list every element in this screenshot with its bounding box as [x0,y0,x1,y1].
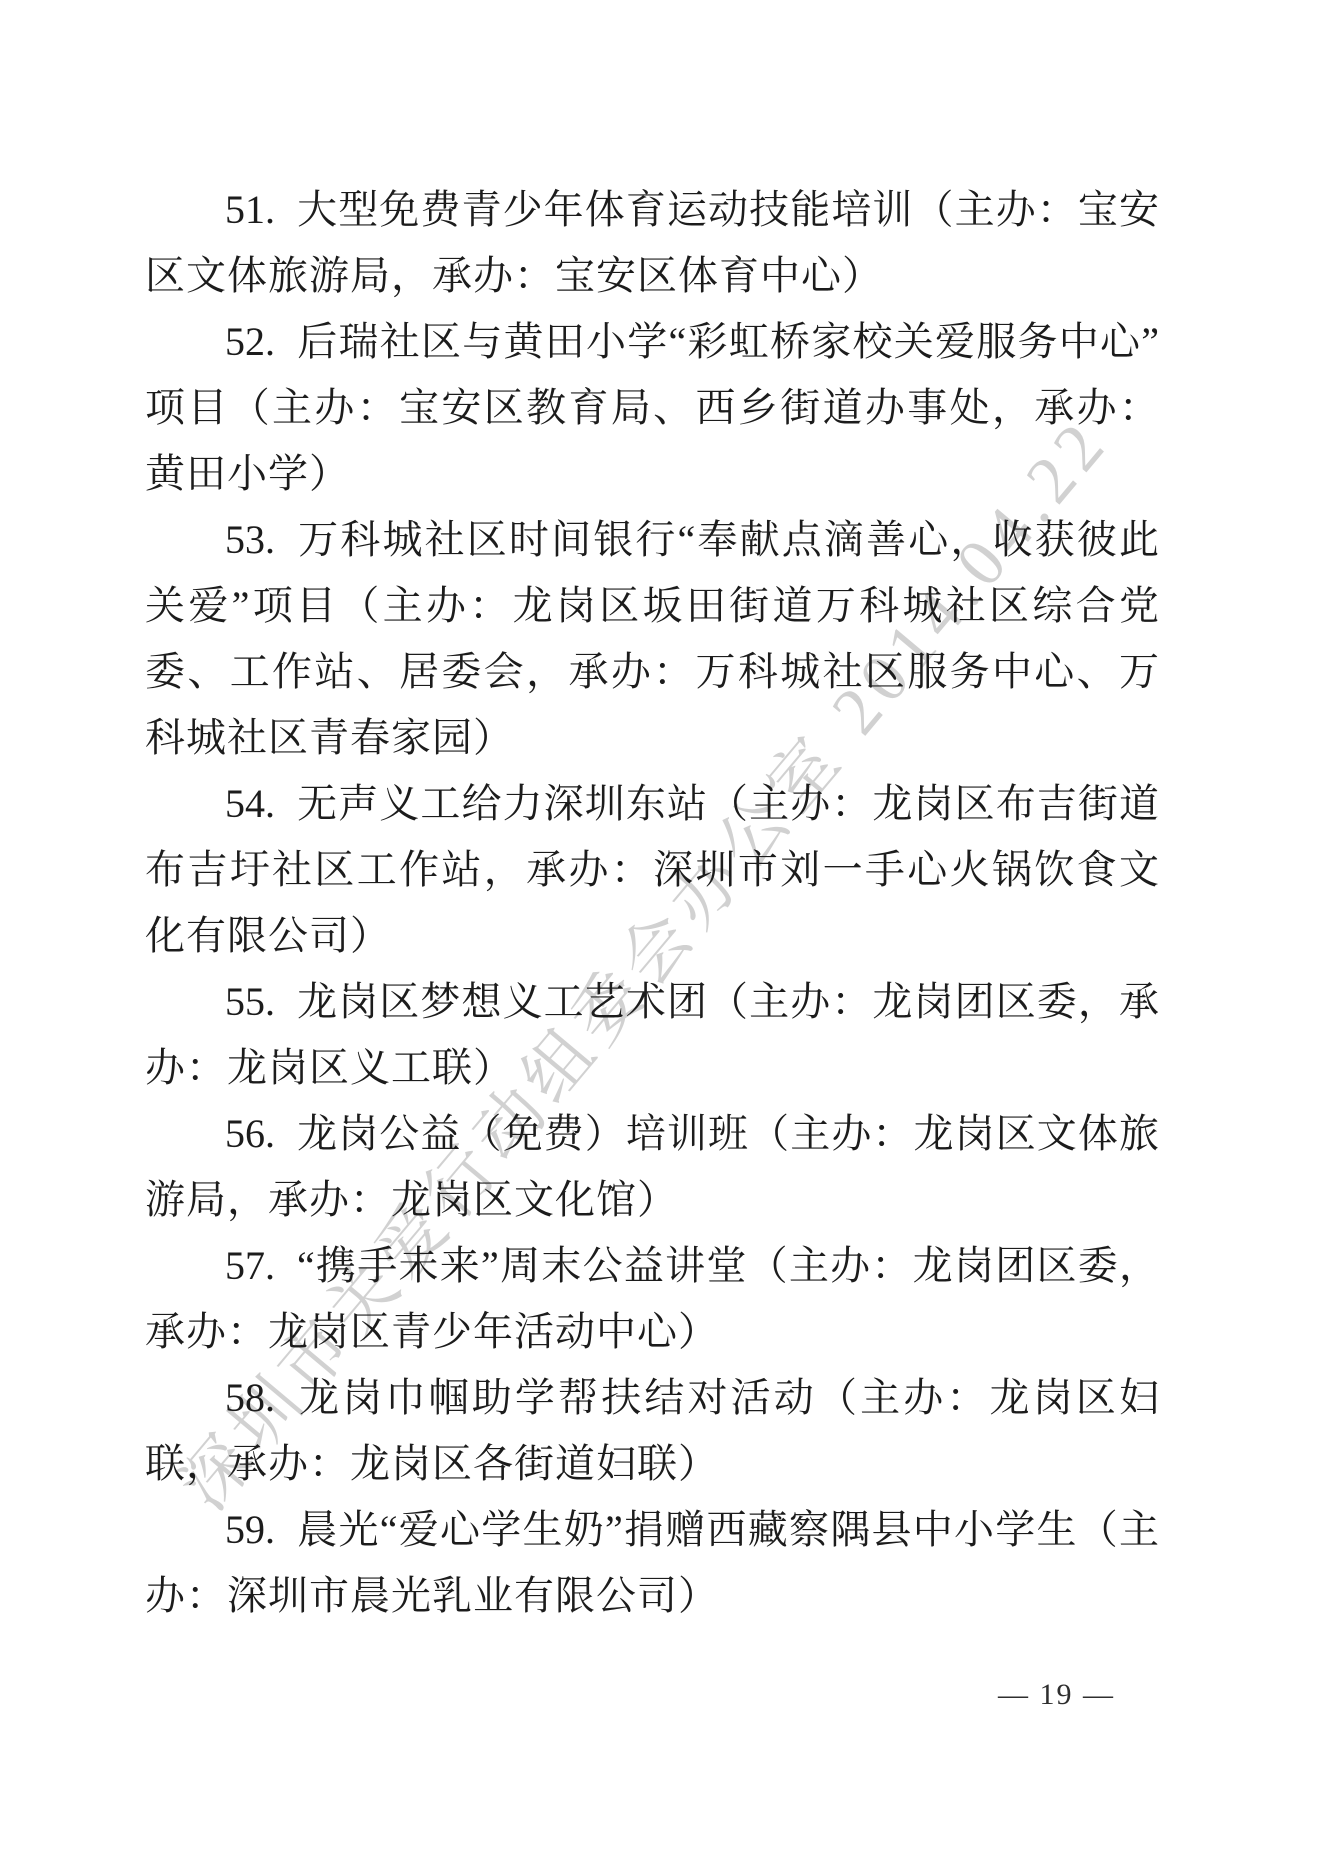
item-text: 龙岗区梦想义工艺术团（主办：龙岗团区委，承办：龙岗区义工联） [145,979,1160,1090]
list-item-51: 51.大型免费青少年体育运动技能培训（主办：宝安区文体旅游局，承办：宝安区体育中… [145,177,1160,309]
list-item-56: 56.龙岗公益（免费）培训班（主办：龙岗区文体旅游局，承办：龙岗区文化馆） [145,1101,1160,1233]
item-number: 57. [225,1243,275,1288]
item-number: 55. [225,979,275,1024]
item-number: 54. [225,781,275,826]
item-text: 龙岗公益（免费）培训班（主办：龙岗区文体旅游局，承办：龙岗区文化馆） [145,1111,1160,1222]
document-page: 深圳市关爱行动组委会办公室 2014.04.22 51.大型免费青少年体育运动技… [0,0,1323,1871]
item-text: “携手未来”周末公益讲堂（主办：龙岗团区委，承办：龙岗区青少年活动中心） [145,1243,1160,1354]
list-item-59: 59.晨光“爱心学生奶”捐赠西藏察隅县中小学生（主办：深圳市晨光乳业有限公司） [145,1497,1160,1629]
item-text: 万科城社区时间银行“奉献点滴善心，收获彼此关爱”项目（主办：龙岗区坂田街道万科城… [145,517,1160,760]
item-text: 大型免费青少年体育运动技能培训（主办：宝安区文体旅游局，承办：宝安区体育中心） [145,187,1160,298]
item-number: 52. [225,319,275,364]
item-number: 53. [225,517,275,562]
list-item-58: 58.龙岗巾帼助学帮扶结对活动（主办：龙岗区妇联，承办：龙岗区各街道妇联） [145,1365,1160,1497]
list-item-57: 57.“携手未来”周末公益讲堂（主办：龙岗团区委，承办：龙岗区青少年活动中心） [145,1233,1160,1365]
item-number: 51. [225,187,275,232]
item-number: 58. [225,1375,275,1420]
list-item-55: 55.龙岗区梦想义工艺术团（主办：龙岗团区委，承办：龙岗区义工联） [145,969,1160,1101]
page-number: — 19 — [998,1678,1115,1712]
item-text: 龙岗巾帼助学帮扶结对活动（主办：龙岗区妇联，承办：龙岗区各街道妇联） [145,1375,1160,1486]
item-text: 无声义工给力深圳东站（主办：龙岗区布吉街道布吉圩社区工作站，承办：深圳市刘一手心… [145,781,1160,958]
item-number: 56. [225,1111,275,1156]
item-text: 后瑞社区与黄田小学“彩虹桥家校关爱服务中心”项目（主办：宝安区教育局、西乡街道办… [145,319,1160,496]
list-item-52: 52.后瑞社区与黄田小学“彩虹桥家校关爱服务中心”项目（主办：宝安区教育局、西乡… [145,309,1160,507]
list-item-54: 54.无声义工给力深圳东站（主办：龙岗区布吉街道布吉圩社区工作站，承办：深圳市刘… [145,771,1160,969]
list-item-53: 53.万科城社区时间银行“奉献点滴善心，收获彼此关爱”项目（主办：龙岗区坂田街道… [145,507,1160,771]
item-number: 59. [225,1507,275,1552]
item-text: 晨光“爱心学生奶”捐赠西藏察隅县中小学生（主办：深圳市晨光乳业有限公司） [145,1507,1160,1618]
document-body: 51.大型免费青少年体育运动技能培训（主办：宝安区文体旅游局，承办：宝安区体育中… [145,177,1160,1629]
